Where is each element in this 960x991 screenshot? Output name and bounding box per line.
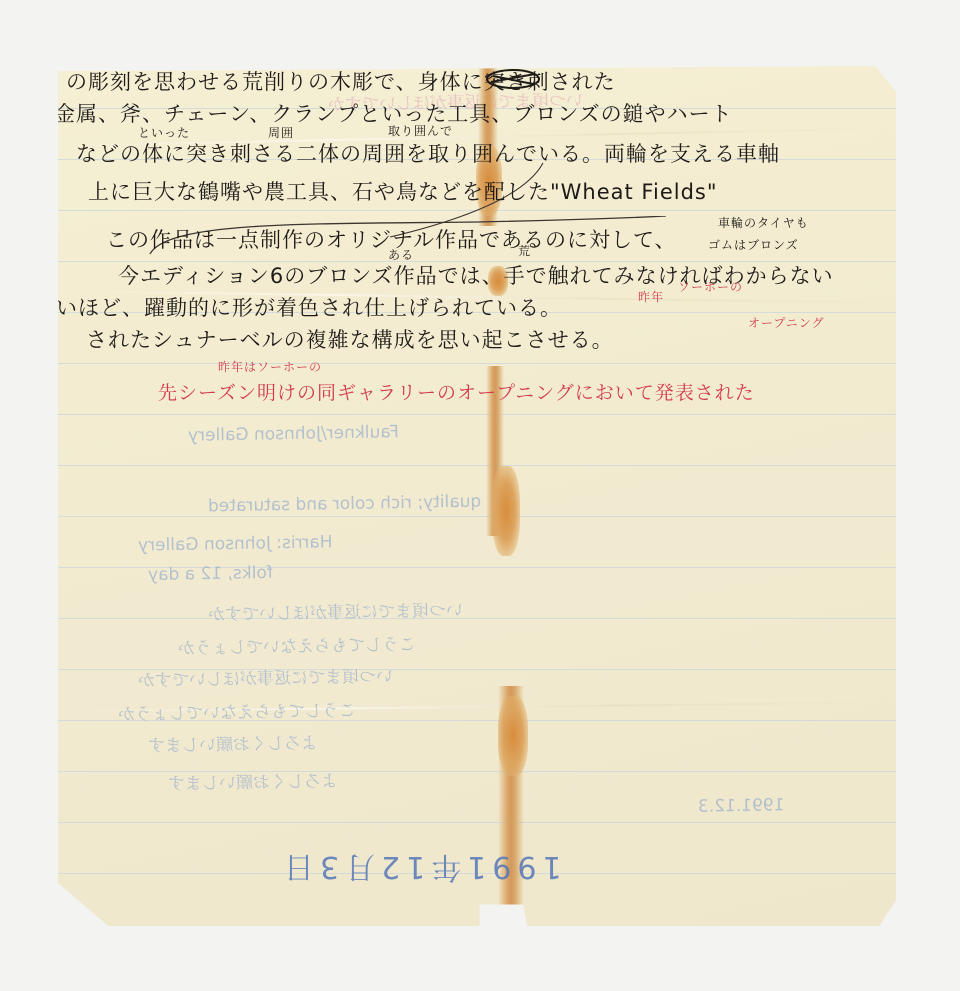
- interlinear-note: 取り囲んで: [388, 122, 453, 139]
- manuscript-line: いほど、躍動的に形が着色され仕上げられている。: [56, 292, 562, 322]
- manuscript-line: 上に巨大な鶴嘴や農工具、石や鳥などを配した"Wheat Fields": [88, 176, 718, 206]
- stain-spot: [498, 696, 528, 776]
- manuscript-line: などの体に突き刺さる二体の周囲を取り囲んでいる。両輪を支える車軸: [76, 138, 780, 168]
- manuscript-line: されたシュナーベルの複雑な構成を思い起こさせる。: [86, 324, 614, 354]
- ruled-line: [58, 618, 896, 619]
- ruled-line: [58, 210, 896, 211]
- red-annotation-above: 昨年はソーホーの: [218, 358, 322, 375]
- interlinear-note: ゴムはブロンズ: [708, 236, 799, 253]
- bleed-through-date: 1991.12.3: [698, 795, 785, 817]
- bleed-through-line: いつ頃までに返事がほしいですか: [138, 662, 393, 691]
- interlinear-note: 荒: [518, 242, 531, 259]
- bleed-through-line: よろしくお願いします: [168, 767, 338, 795]
- bleed-through-line: folks, 12 a day: [148, 563, 273, 585]
- red-annotation-line: 先シーズン明けの同ギャラリーのオープニングにおいて発表された: [158, 378, 755, 405]
- upside-down-date: 1991年12月3日: [278, 848, 562, 892]
- bleed-through-line: こうしてもらえないでしょうか: [118, 696, 356, 725]
- stain-spot: [492, 466, 520, 556]
- red-annotation: ソーホーの: [678, 278, 743, 295]
- scanned-document: Faulkner/Johnson Gallery quality; rich c…: [0, 0, 960, 991]
- red-annotation: 昨年: [638, 288, 664, 305]
- ruled-line: [58, 822, 896, 823]
- ruled-line: [58, 516, 896, 517]
- bleed-through-line: いつ頃までに返事がほしいですか: [208, 596, 463, 625]
- ruled-line: [58, 465, 896, 466]
- bleed-through-line: Faulkner/Johnson Gallery: [188, 422, 399, 446]
- bleed-through-line: Harris: Johnson Gallery: [138, 532, 333, 555]
- red-annotation: オープニング: [748, 314, 825, 331]
- bleed-through-line: こうしてもらえないでしょうか: [178, 630, 416, 659]
- bleed-through-line: よろしくお願いします: [148, 729, 318, 757]
- ruled-paper-sheet: Faulkner/Johnson Gallery quality; rich c…: [58, 66, 896, 926]
- ruled-line: [58, 363, 896, 364]
- manuscript-line: の彫刻を思わせる荒削りの木彫で、身体に突き刺された: [66, 66, 616, 96]
- ruled-line: [58, 414, 896, 415]
- interlinear-note: 車輪のタイヤも: [718, 214, 809, 231]
- bleed-through-line: quality; rich color and saturated: [208, 492, 482, 517]
